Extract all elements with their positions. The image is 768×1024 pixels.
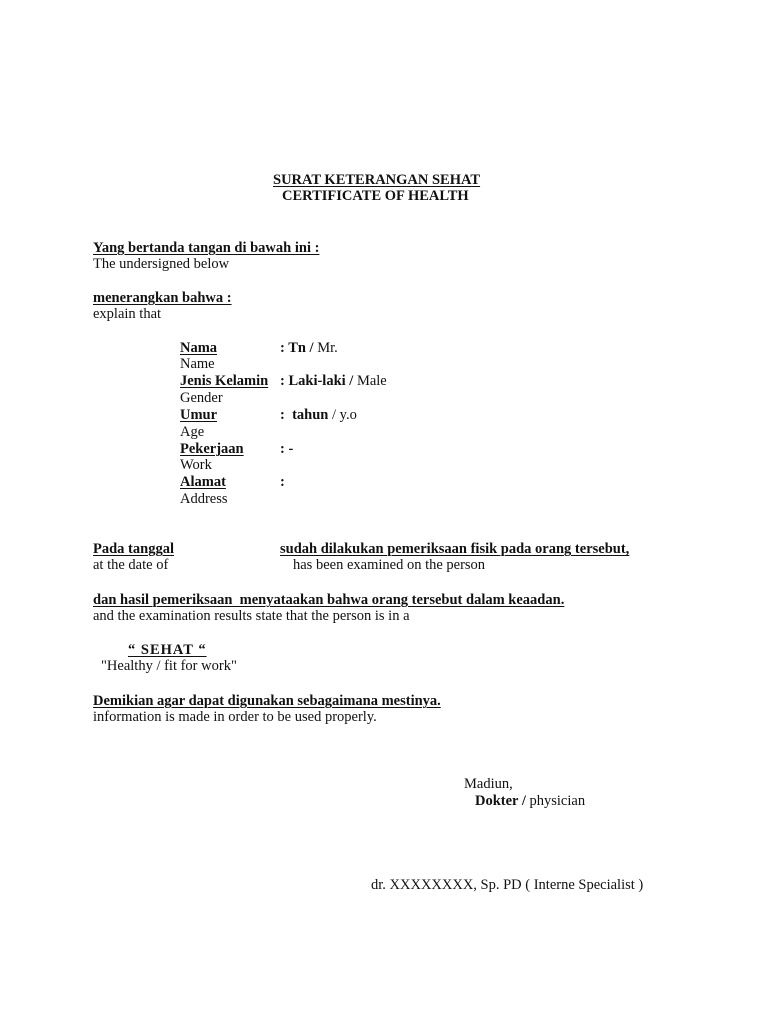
field-gender-label-id: Jenis Kelamin [180,373,268,390]
signature-role: Dokter / physician [475,793,585,810]
date-label-en: at the date of [93,557,168,574]
health-status-en: "Healthy / fit for work" [101,658,237,675]
field-name-value-bold: : Tn / [280,340,314,356]
field-age-value: : tahun / y.o [280,407,357,424]
examined-label-id: sudah dilakukan pemeriksaan fisik pada o… [280,541,629,558]
field-age-label-id: Umur [180,407,217,424]
field-work-label-id: Pekerjaan [180,441,244,458]
field-gender-value-plain: Male [353,373,386,389]
field-age-value-plain: / y.o [328,407,356,423]
health-status-id: “ SEHAT “ [128,642,207,659]
field-name-label-id: Nama [180,340,217,357]
explain-label-id: menerangkan bahwa : [93,290,232,307]
result-label-id: dan hasil pemeriksaan menyataakan bahwa … [93,592,564,609]
field-age-label-en: Age [180,424,204,441]
date-label-id: Pada tanggal [93,541,174,558]
closing-statement-en: information is made in order to be used … [93,709,377,726]
title-english: CERTIFICATE OF HEALTH [282,188,469,205]
field-address-label-en: Address [180,491,228,508]
field-work-value: : - [280,441,293,458]
field-address-value-bold: : [280,474,285,490]
field-gender-value: : Laki-laki / Male [280,373,387,390]
examined-label-en: has been examined on the person [293,557,485,574]
signature-place: Madiun, [464,776,513,793]
signature-role-plain: physician [526,793,585,809]
signature-doctor-name: dr. XXXXXXXX, Sp. PD ( Interne Specialis… [371,877,643,894]
field-address-value: : [280,474,285,491]
field-name-value-plain: Mr. [314,340,338,356]
field-address-label-id: Alamat [180,474,226,491]
field-gender-label-en: Gender [180,390,223,407]
field-name-value: : Tn / Mr. [280,340,338,357]
field-work-label-en: Work [180,457,212,474]
explain-label-en: explain that [93,306,161,323]
closing-statement-id: Demikian agar dapat digunakan sebagaiman… [93,693,441,710]
field-age-value-bold: : tahun [280,407,328,423]
field-name-label-en: Name [180,356,215,373]
undersigned-label-en: The undersigned below [93,256,229,273]
field-gender-value-bold: : Laki-laki / [280,373,353,389]
result-label-en: and the examination results state that t… [93,608,410,625]
title-indonesian: SURAT KETERANGAN SEHAT [273,172,480,189]
undersigned-label-id: Yang bertanda tangan di bawah ini : [93,240,319,257]
field-work-value-bold: : - [280,441,293,457]
signature-role-bold: Dokter / [475,793,526,809]
